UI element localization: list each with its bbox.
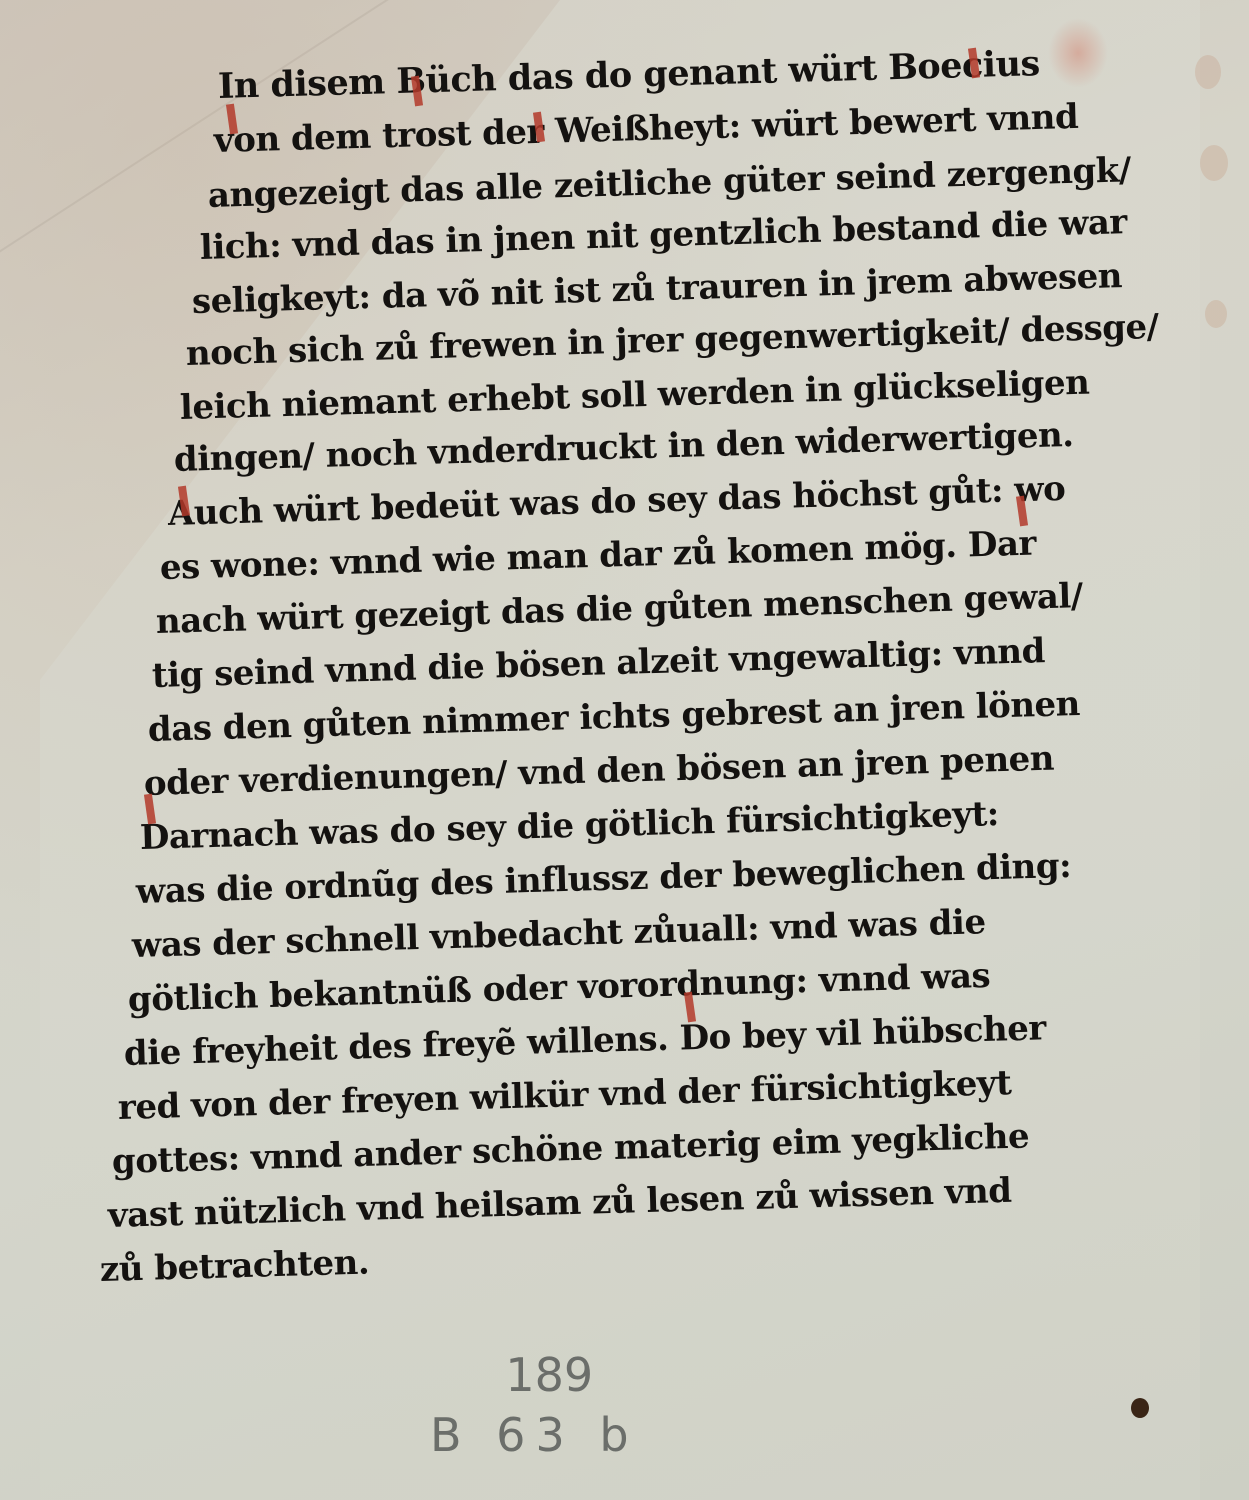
shelfmark-call-number: B 63 b (430, 1405, 639, 1465)
text-line-1: In disem Büch das do genant würt Boecius (217, 43, 1040, 107)
text-line-8: dingen/ noch vnderdruckt in den widerwer… (173, 415, 1074, 480)
printed-text-block: In disem Büch das do genant würt Boecius… (0, 0, 1249, 1500)
text-line-12: tig seind vnnd die bösen alzeit vngewalt… (151, 631, 1045, 696)
text-line-15: Darnach was do sey die götlich fürsichti… (139, 794, 999, 858)
text-line-21: gottes: vnnd ander schöne materig eim ye… (111, 1116, 1029, 1182)
text-line-14: oder verdienungen/ vnd den bösen an jren… (143, 739, 1054, 804)
text-line-2: von dem trost der Weißheyt: würt bewert … (213, 97, 1078, 161)
shelfmark-number: 189 (430, 1345, 639, 1405)
text-line-17: was der schnell vnbedacht zůuall: vnd wa… (131, 902, 986, 966)
text-line-10: es wone: vnnd wie man dar zů komen mög. … (159, 524, 1036, 588)
text-line-18: götlich bekantnüß oder vorordnung: vnnd … (127, 956, 990, 1020)
text-line-23: zů betrachten. (99, 1242, 369, 1290)
text-line-20: red von der freyen wilkür vnd der fürsic… (117, 1063, 1011, 1128)
text-line-11: nach würt gezeigt das die gůten menschen… (155, 576, 1083, 642)
worm-hole (1131, 1398, 1149, 1418)
text-line-19: die freyheit des freyẽ willens. Do bey v… (123, 1008, 1046, 1074)
pencil-shelfmark: 189 B 63 b (430, 1345, 639, 1465)
text-line-9: Auch würt bedeüt was do sey das höchst g… (167, 469, 1065, 534)
text-line-16: was die ordnũg des influssz der beweglic… (135, 846, 1071, 912)
text-line-13: das den gůten nimmer ichts gebrest an jr… (147, 684, 1080, 750)
text-line-22: vast nützlich vnd heilsam zů lesen zů wi… (107, 1171, 1012, 1236)
